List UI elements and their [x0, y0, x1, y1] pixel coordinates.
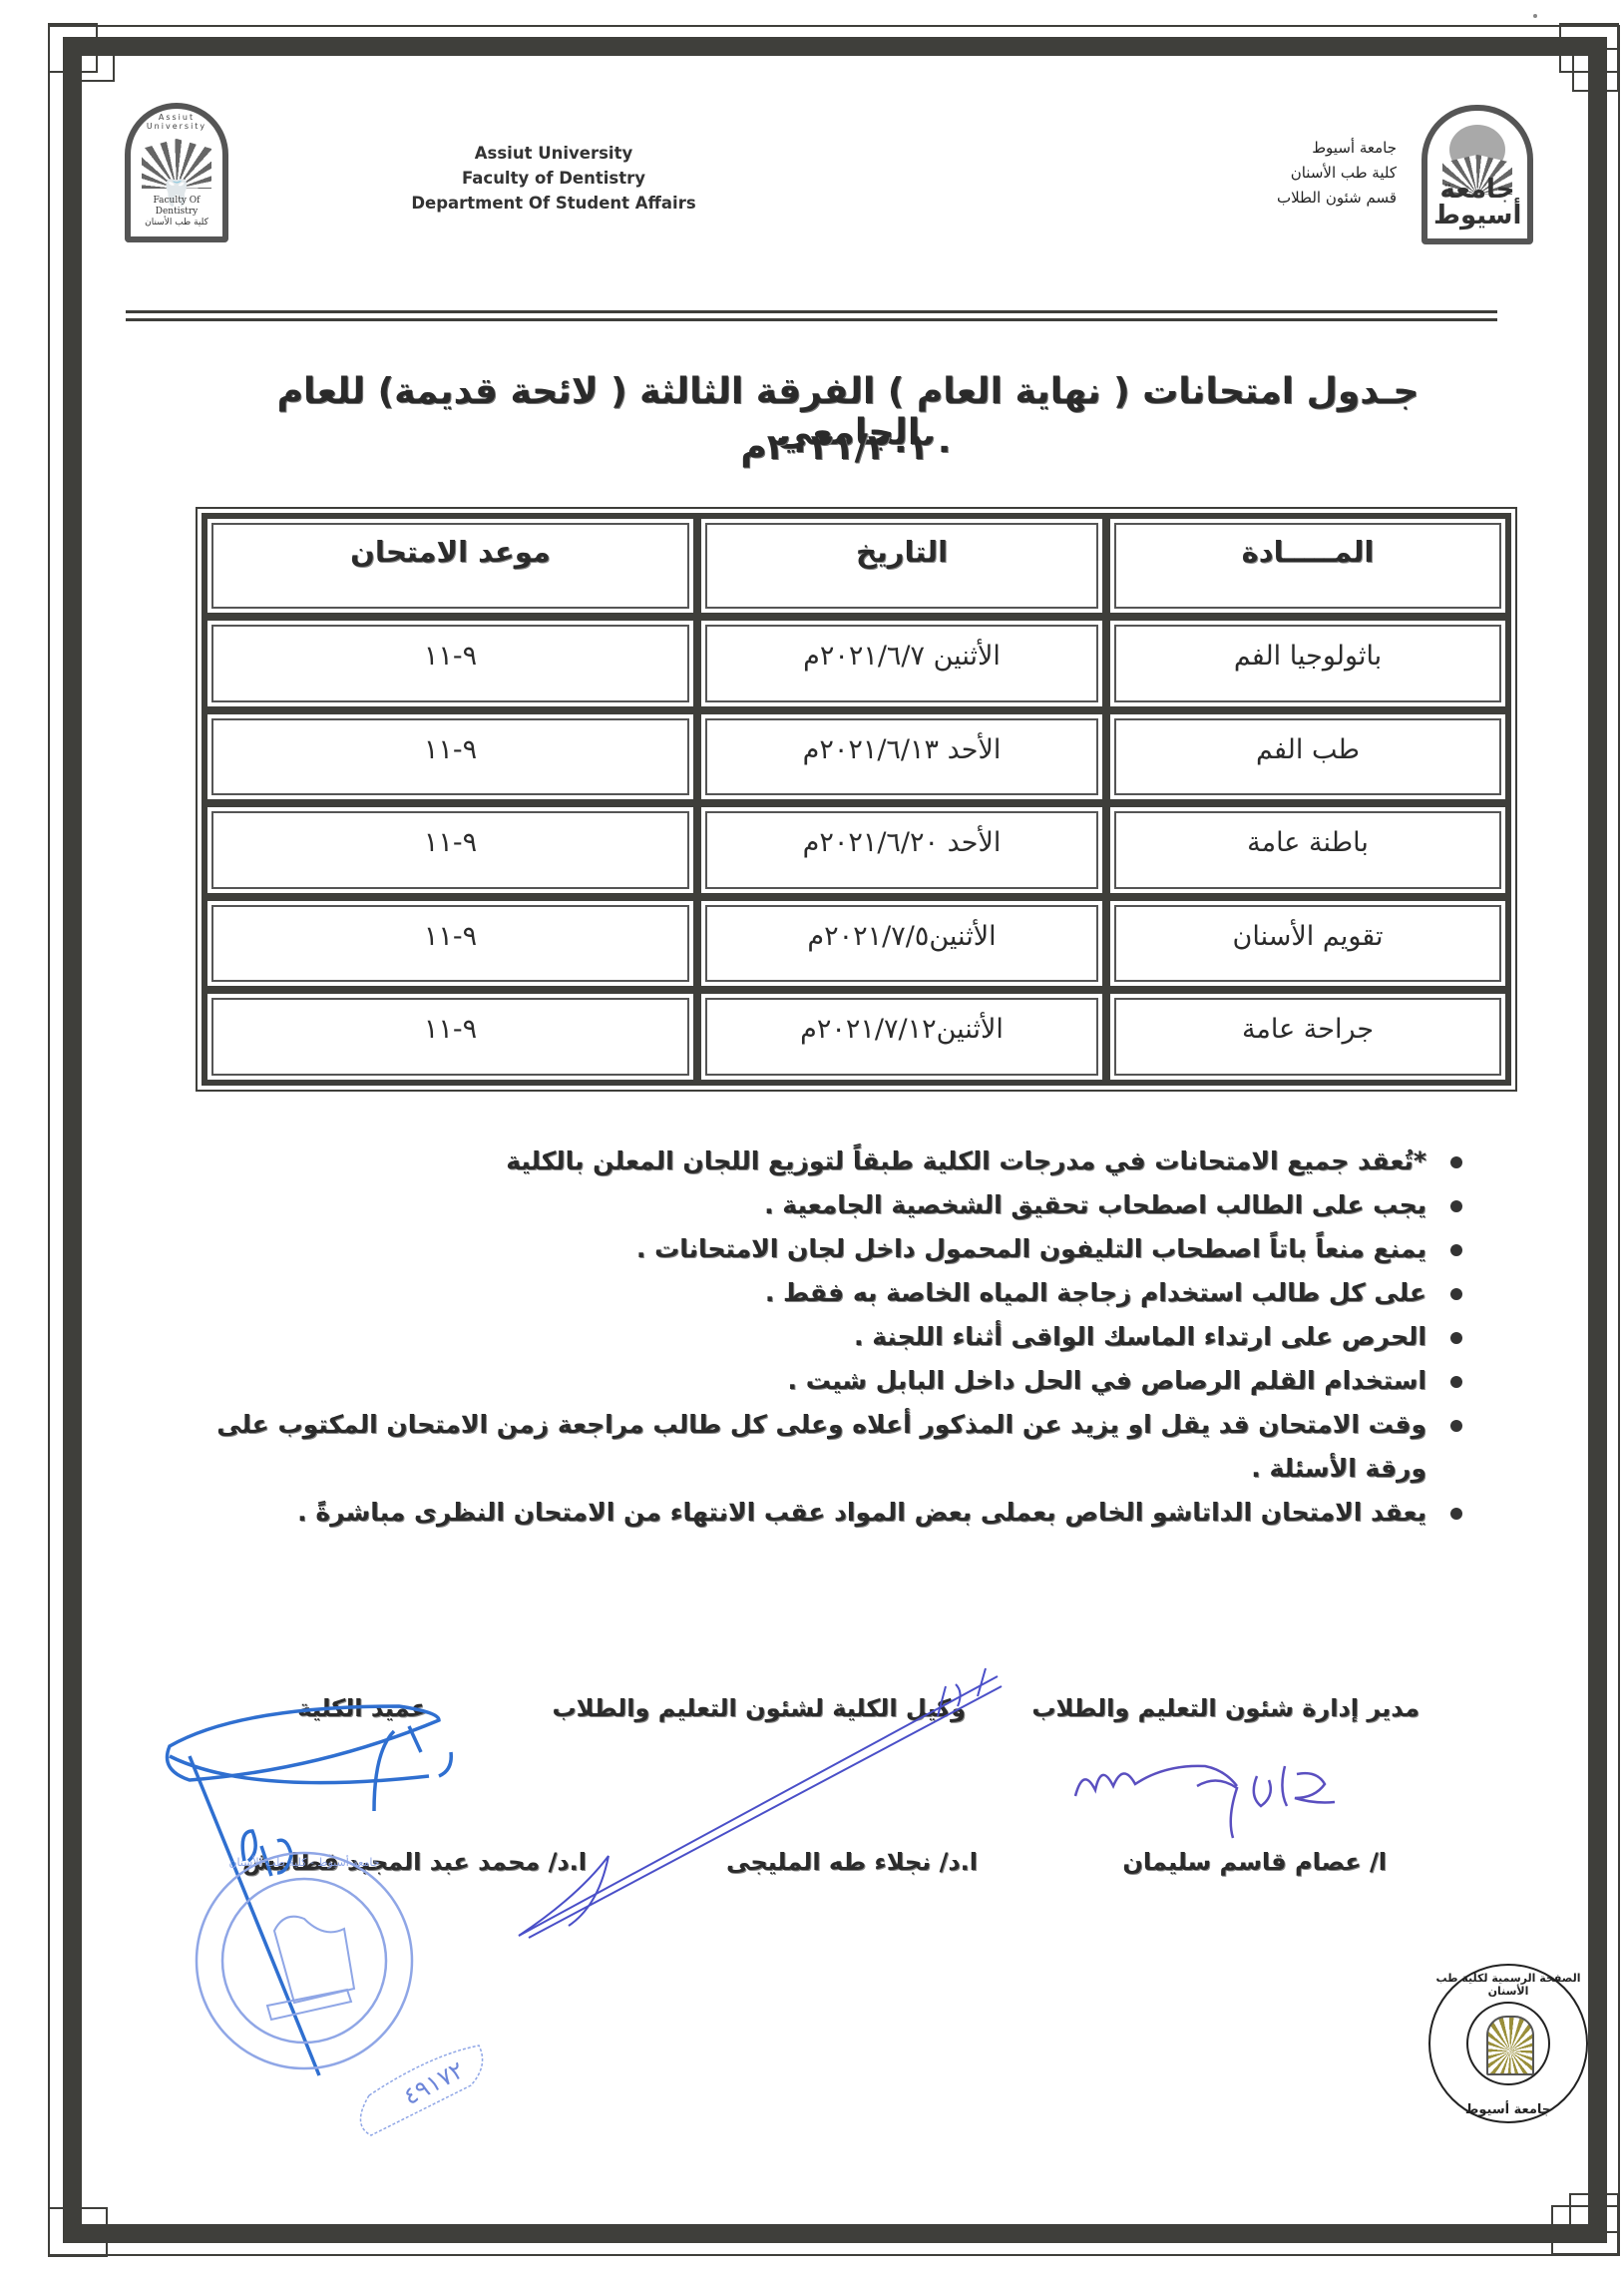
- table-cell-subject: باثولوجيا الفم: [1110, 621, 1505, 706]
- list-item: استخدام القلم الرصاص في الحل داخل البابل…: [209, 1359, 1474, 1403]
- stamp-top-text: الصفحة الرسمية لكلية طب الأسنان: [1428, 1972, 1588, 1998]
- bullet-icon: [1450, 1200, 1462, 1212]
- note-text: يمنع منعاً باتاً اصطحاب التليفون المحمول…: [636, 1234, 1426, 1263]
- signatory-title-affairs-manager: مدير إدارة شئون التعليم والطلاب: [1031, 1694, 1420, 1722]
- bullet-icon: [1450, 1508, 1462, 1520]
- bullet-icon: [1450, 1288, 1462, 1300]
- note-text: وقت الامتحان قد يقل او يزيد عن المذكور أ…: [216, 1410, 1426, 1483]
- list-item: على كل طالب استخدام زجاجة المياه الخاصة …: [209, 1271, 1474, 1315]
- list-item: يمنع منعاً باتاً اصطحاب التليفون المحمول…: [209, 1227, 1474, 1271]
- list-item: *تُعقد جميع الامتحانات في مدرجات الكلية …: [209, 1139, 1474, 1183]
- faculty-mini-logo-icon: [1486, 2016, 1534, 2075]
- column-header-time: موعد الامتحان: [207, 519, 693, 613]
- frame-corner-ornament-tl-2: [65, 48, 115, 82]
- note-text: *تُعقد جميع الامتحانات في مدرجات الكلية …: [506, 1146, 1426, 1175]
- table-cell-time: ٩-١١: [207, 621, 693, 706]
- department-name-ar: قسم شئون الطلاب: [1197, 186, 1397, 211]
- table-cell-time: ٩-١١: [207, 994, 693, 1080]
- exam-schedule-grid: المـــــادة التاريخ موعد الامتحان باثولو…: [202, 513, 1511, 1086]
- table-cell-time: ٩-١١: [207, 901, 693, 987]
- bullet-icon: [1450, 1156, 1462, 1168]
- faculty-name-ar: كلية طب الأسنان: [1197, 161, 1397, 186]
- table-cell-time: ٩-١١: [207, 807, 693, 893]
- list-item: يجب على الطالب اصطحاب تحقيق الشخصية الجا…: [209, 1183, 1474, 1227]
- column-header-date: التاريخ: [701, 519, 1102, 613]
- note-text: استخدام القلم الرصاص في الحل داخل البابل…: [788, 1366, 1426, 1395]
- list-item: يعقد الامتحان الداتاشو الخاص بعملى بعض ا…: [209, 1491, 1474, 1535]
- bullet-icon: [1450, 1332, 1462, 1344]
- table-cell-time: ٩-١١: [207, 714, 693, 800]
- university-name-en: Assiut University: [389, 141, 718, 166]
- exam-schedule-table: المـــــادة التاريخ موعد الامتحان باثولو…: [196, 507, 1517, 1092]
- frame-corner-ornament-bl: [48, 2207, 108, 2257]
- scan-speck: [1533, 14, 1537, 18]
- arabic-letterhead: جامعة أسيوط كلية طب الأسنان قسم شئون الط…: [1197, 136, 1397, 211]
- signatory-name-vice-dean: ا.د/ نجلاء طه المليجى: [726, 1848, 978, 1876]
- note-text: يجب على الطالب اصطحاب تحقيق الشخصية الجا…: [764, 1190, 1426, 1219]
- table-cell-subject: طب الفم: [1110, 714, 1505, 800]
- list-item: الحرص على ارتداء الماسك الواقى أثناء الل…: [209, 1315, 1474, 1359]
- table-cell-date: الأحد ٢٠٢١/٦/٢٠م: [701, 807, 1102, 893]
- official-page-stamp: الصفحة الرسمية لكلية طب الأسنان جامعة أس…: [1428, 1964, 1588, 2123]
- header-divider-bottom: [126, 318, 1497, 321]
- stamp-bottom-text: جامعة أسيوط: [1428, 2102, 1588, 2117]
- logo-caption-ar: كلية طب الأسنان: [131, 218, 222, 228]
- department-name-en: Department Of Student Affairs: [389, 191, 718, 216]
- note-text: الحرص على ارتداء الماسك الواقى أثناء الل…: [854, 1322, 1426, 1351]
- table-cell-date: الأثنين٢٠٢١/٧/٥م: [701, 901, 1102, 987]
- university-name-ar: جامعة أسيوط: [1197, 136, 1397, 161]
- english-letterhead: Assiut University Faculty of Dentistry D…: [389, 141, 718, 216]
- header-divider-top: [126, 310, 1497, 313]
- list-item: وقت الامتحان قد يقل او يزيد عن المذكور أ…: [209, 1403, 1474, 1491]
- bullet-icon: [1450, 1376, 1462, 1388]
- faculty-name-en: Faculty of Dentistry: [389, 166, 718, 191]
- logo-caption: Faculty Of Dentistry كلية طب الأسنان: [131, 196, 222, 228]
- table-cell-subject: جراحة عامة: [1110, 994, 1505, 1080]
- frame-corner-ornament-tr-2: [1572, 48, 1619, 92]
- logo-ring-text: Assiut University: [131, 113, 222, 131]
- table-cell-date: الأثنين ٢٠٢١/٦/٧م: [701, 621, 1102, 706]
- signatory-title-vice-dean: وكيل الكلية لشئون التعليم والطلاب: [553, 1694, 967, 1722]
- table-cell-date: الأثنين٢٠٢١/٧/١٢م: [701, 994, 1102, 1080]
- faculty-of-dentistry-logo: Assiut University 🦷 Faculty Of Dentistry…: [125, 103, 228, 242]
- table-cell-date: الأحد ٢٠٢١/٦/١٣م: [701, 714, 1102, 800]
- signatory-title-dean: عميد الكلية: [297, 1694, 427, 1722]
- table-cell-subject: باطنة عامة: [1110, 807, 1505, 893]
- logo-caption-en: Faculty Of Dentistry: [131, 196, 222, 218]
- note-text: يعقد الامتحان الداتاشو الخاص بعملى بعض ا…: [297, 1498, 1426, 1527]
- frame-corner-ornament-br-2: [1569, 2193, 1619, 2233]
- bullet-icon: [1450, 1244, 1462, 1256]
- signatory-name-affairs-manager: ا/ عصام قاسم سليمان: [1122, 1848, 1387, 1876]
- exam-instructions-list: *تُعقد جميع الامتحانات في مدرجات الكلية …: [209, 1139, 1474, 1535]
- note-text: على كل طالب استخدام زجاجة المياه الخاصة …: [765, 1278, 1426, 1307]
- assiut-university-logo: جامعة أسيوط: [1421, 105, 1533, 244]
- academic-year: ٢٠٢١/٢٠٢٠م: [200, 427, 1496, 468]
- signatory-name-dean: ا.د/ محمد عبد المجيد قطامش: [242, 1848, 587, 1876]
- logo-calligraphy: جامعة أسيوط: [1433, 177, 1521, 228]
- table-cell-subject: تقويم الأسنان: [1110, 901, 1505, 987]
- bullet-icon: [1450, 1420, 1462, 1432]
- column-header-subject: المـــــادة: [1110, 519, 1505, 613]
